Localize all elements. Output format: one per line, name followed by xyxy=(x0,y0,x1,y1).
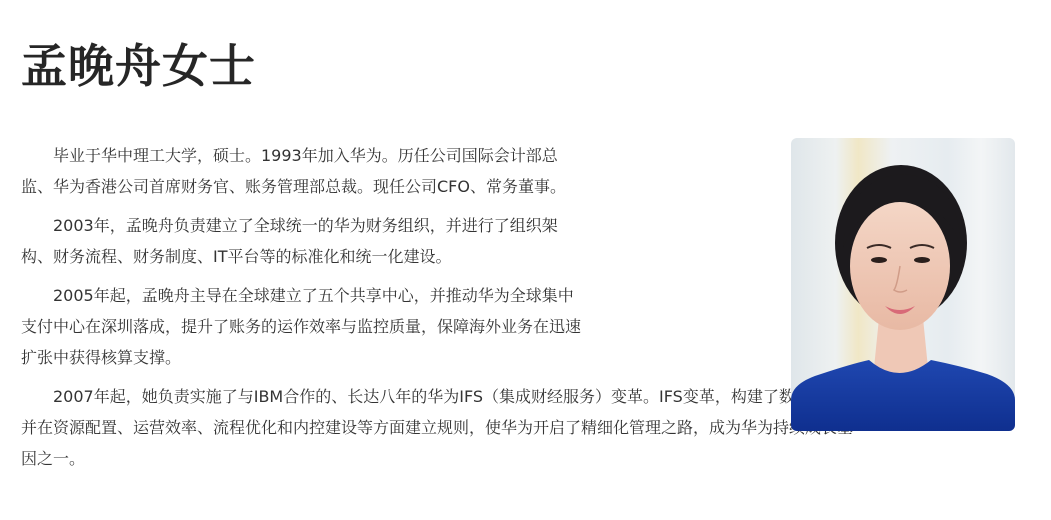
bio-paragraph-education: 毕业于华中理工大学，硕士。1993年加入华为。历任公司国际会计部总监、华为香港公… xyxy=(21,140,581,202)
portrait-photo xyxy=(791,138,1015,431)
bio-paragraph-2003: 2003年，孟晚舟负责建立了全球统一的华为财务组织，并进行了组织架构、财务流程、… xyxy=(21,210,581,272)
page-title: 孟晚舟女士 xyxy=(21,36,256,96)
bio-paragraph-2005: 2005年起，孟晚舟主导在全球建立了五个共享中心，并推动华为全球集中支付中心在深… xyxy=(21,280,581,373)
bio-paragraph-2007: 2007年起，她负责实施了与IBM合作的、长达八年的华为IFS（集成财经服务）变… xyxy=(21,381,861,474)
biography: 毕业于华中理工大学，硕士。1993年加入华为。历任公司国际会计部总监、华为香港公… xyxy=(21,140,581,482)
portrait-icon xyxy=(791,138,1015,431)
